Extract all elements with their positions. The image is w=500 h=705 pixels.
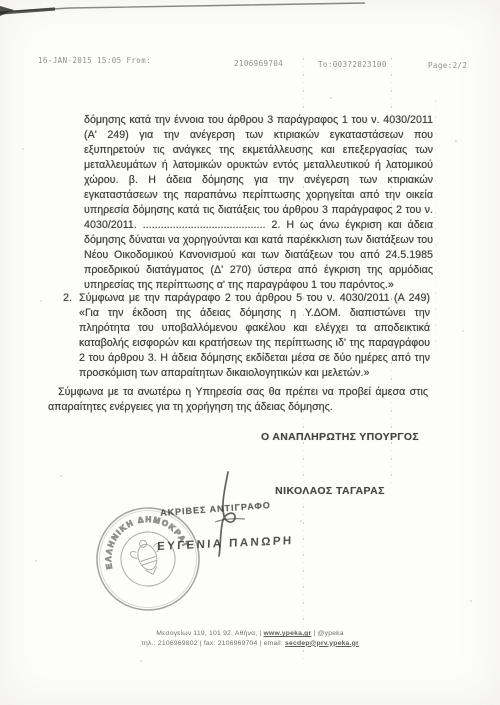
fold-line-artifact [303, 58, 304, 663]
page-footer: Μεσογείων 119, 101 92, Αθήνα, | www.ypek… [0, 629, 500, 648]
list-item-2: 2. Σύμφωνα με την παράγραφο 2 του άρθρου… [63, 291, 432, 381]
footer-separator: | [313, 630, 315, 637]
signatory-title: Ο ΑΝΑΠΛΗΡΩΤΗΣ ΥΠΟΥΡΓΟΣ [250, 431, 430, 443]
fax-page-indicator: Page:2/2 [428, 61, 467, 70]
scanned-fax-page: 16-JAN-2015 15:05 From: 2106969704 To:00… [0, 0, 500, 705]
footer-contact-line: τηλ.: 2106969802 | fax: 2106969704 | ema… [0, 639, 500, 649]
footer-twitter-handle: @ypeka [318, 630, 344, 637]
footer-address-line: Μεσογείων 119, 101 92, Αθήνα, | www.ypek… [0, 629, 500, 639]
fax-from-number: 2106969704 [234, 59, 283, 68]
footer-email-link[interactable]: secdep@prv.ypeka.gr [285, 640, 359, 647]
scan-speck [470, 600, 472, 602]
paragraph-item2: Σύμφωνα με την παράγραφο 2 του άρθρου 5 … [79, 291, 430, 381]
scan-speck [300, 520, 302, 522]
closing-paragraph: Σύμφωνα με τα ανωτέρω η Υπηρεσία σας θα … [48, 385, 428, 415]
fold-line-artifact [391, 58, 392, 488]
scan-speck [40, 300, 42, 302]
list-number: 2. [63, 291, 72, 306]
fax-to-number: To:00372823100 [318, 60, 387, 69]
scan-speck [35, 560, 37, 562]
scan-edge-artifact [0, 0, 400, 20]
scan-speck [462, 330, 464, 332]
scan-speck [455, 140, 457, 142]
scan-speck [22, 148, 24, 150]
paragraph-item1-continuation: δόμησης κατά την έννοια του άρθρου 3 παρ… [84, 113, 433, 293]
signatory-name: ΝΙΚΟΛΑΟΣ ΤΑΓΑΡΑΣ [245, 485, 415, 497]
fax-datetime: 16-JAN-2015 15:05 From: [38, 56, 151, 65]
footer-address: Μεσογείων 119, 101 92, Αθήνα, | [156, 630, 261, 637]
scan-speck [60, 475, 62, 477]
fold-line-artifact [435, 100, 436, 350]
scan-speck [140, 660, 142, 662]
scan-speck [330, 97, 332, 99]
footer-website-link[interactable]: www.ypeka.gr [264, 630, 312, 637]
footer-tel-fax: τηλ.: 2106969802 | fax: 2106969704 | ema… [141, 640, 283, 647]
